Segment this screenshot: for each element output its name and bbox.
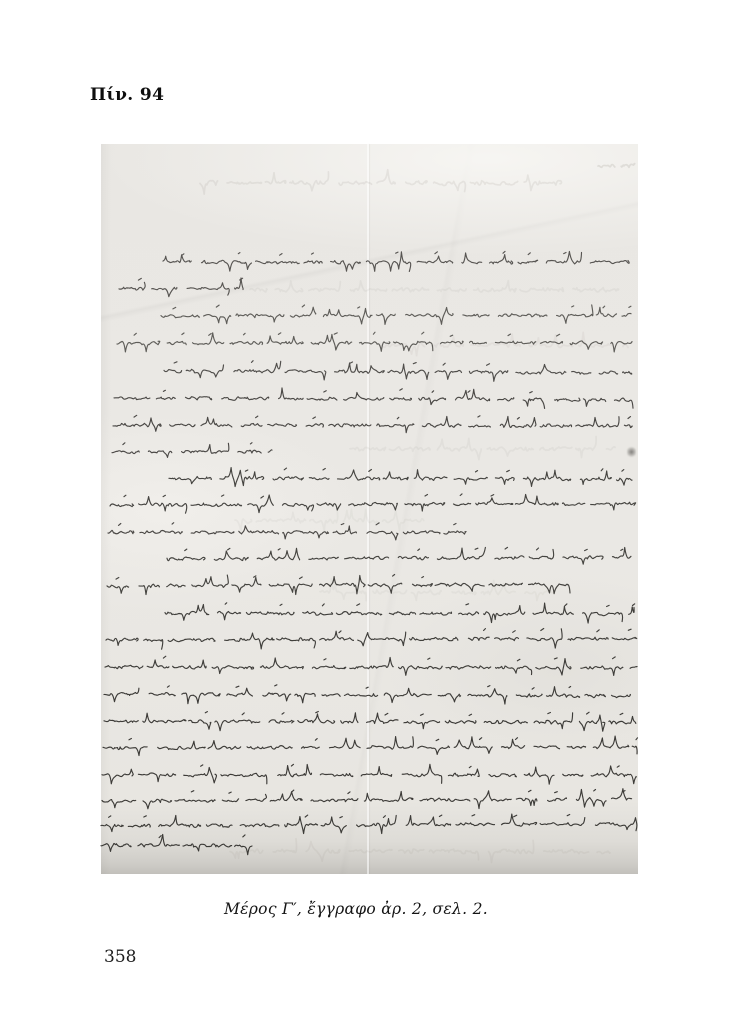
- page-number: 358: [104, 947, 136, 967]
- handwritten-letter-scan: [101, 144, 638, 874]
- plate-label: Πίν. 94: [90, 85, 164, 105]
- ink-smudge: [627, 447, 636, 458]
- book-page: Πίν. 94 Μέρος Γ′, ἔγγραφο ἀρ. 2, σελ. 2.…: [0, 0, 743, 1027]
- figure-caption: Μέρος Γ′, ἔγγραφο ἀρ. 2, σελ. 2.: [0, 900, 712, 918]
